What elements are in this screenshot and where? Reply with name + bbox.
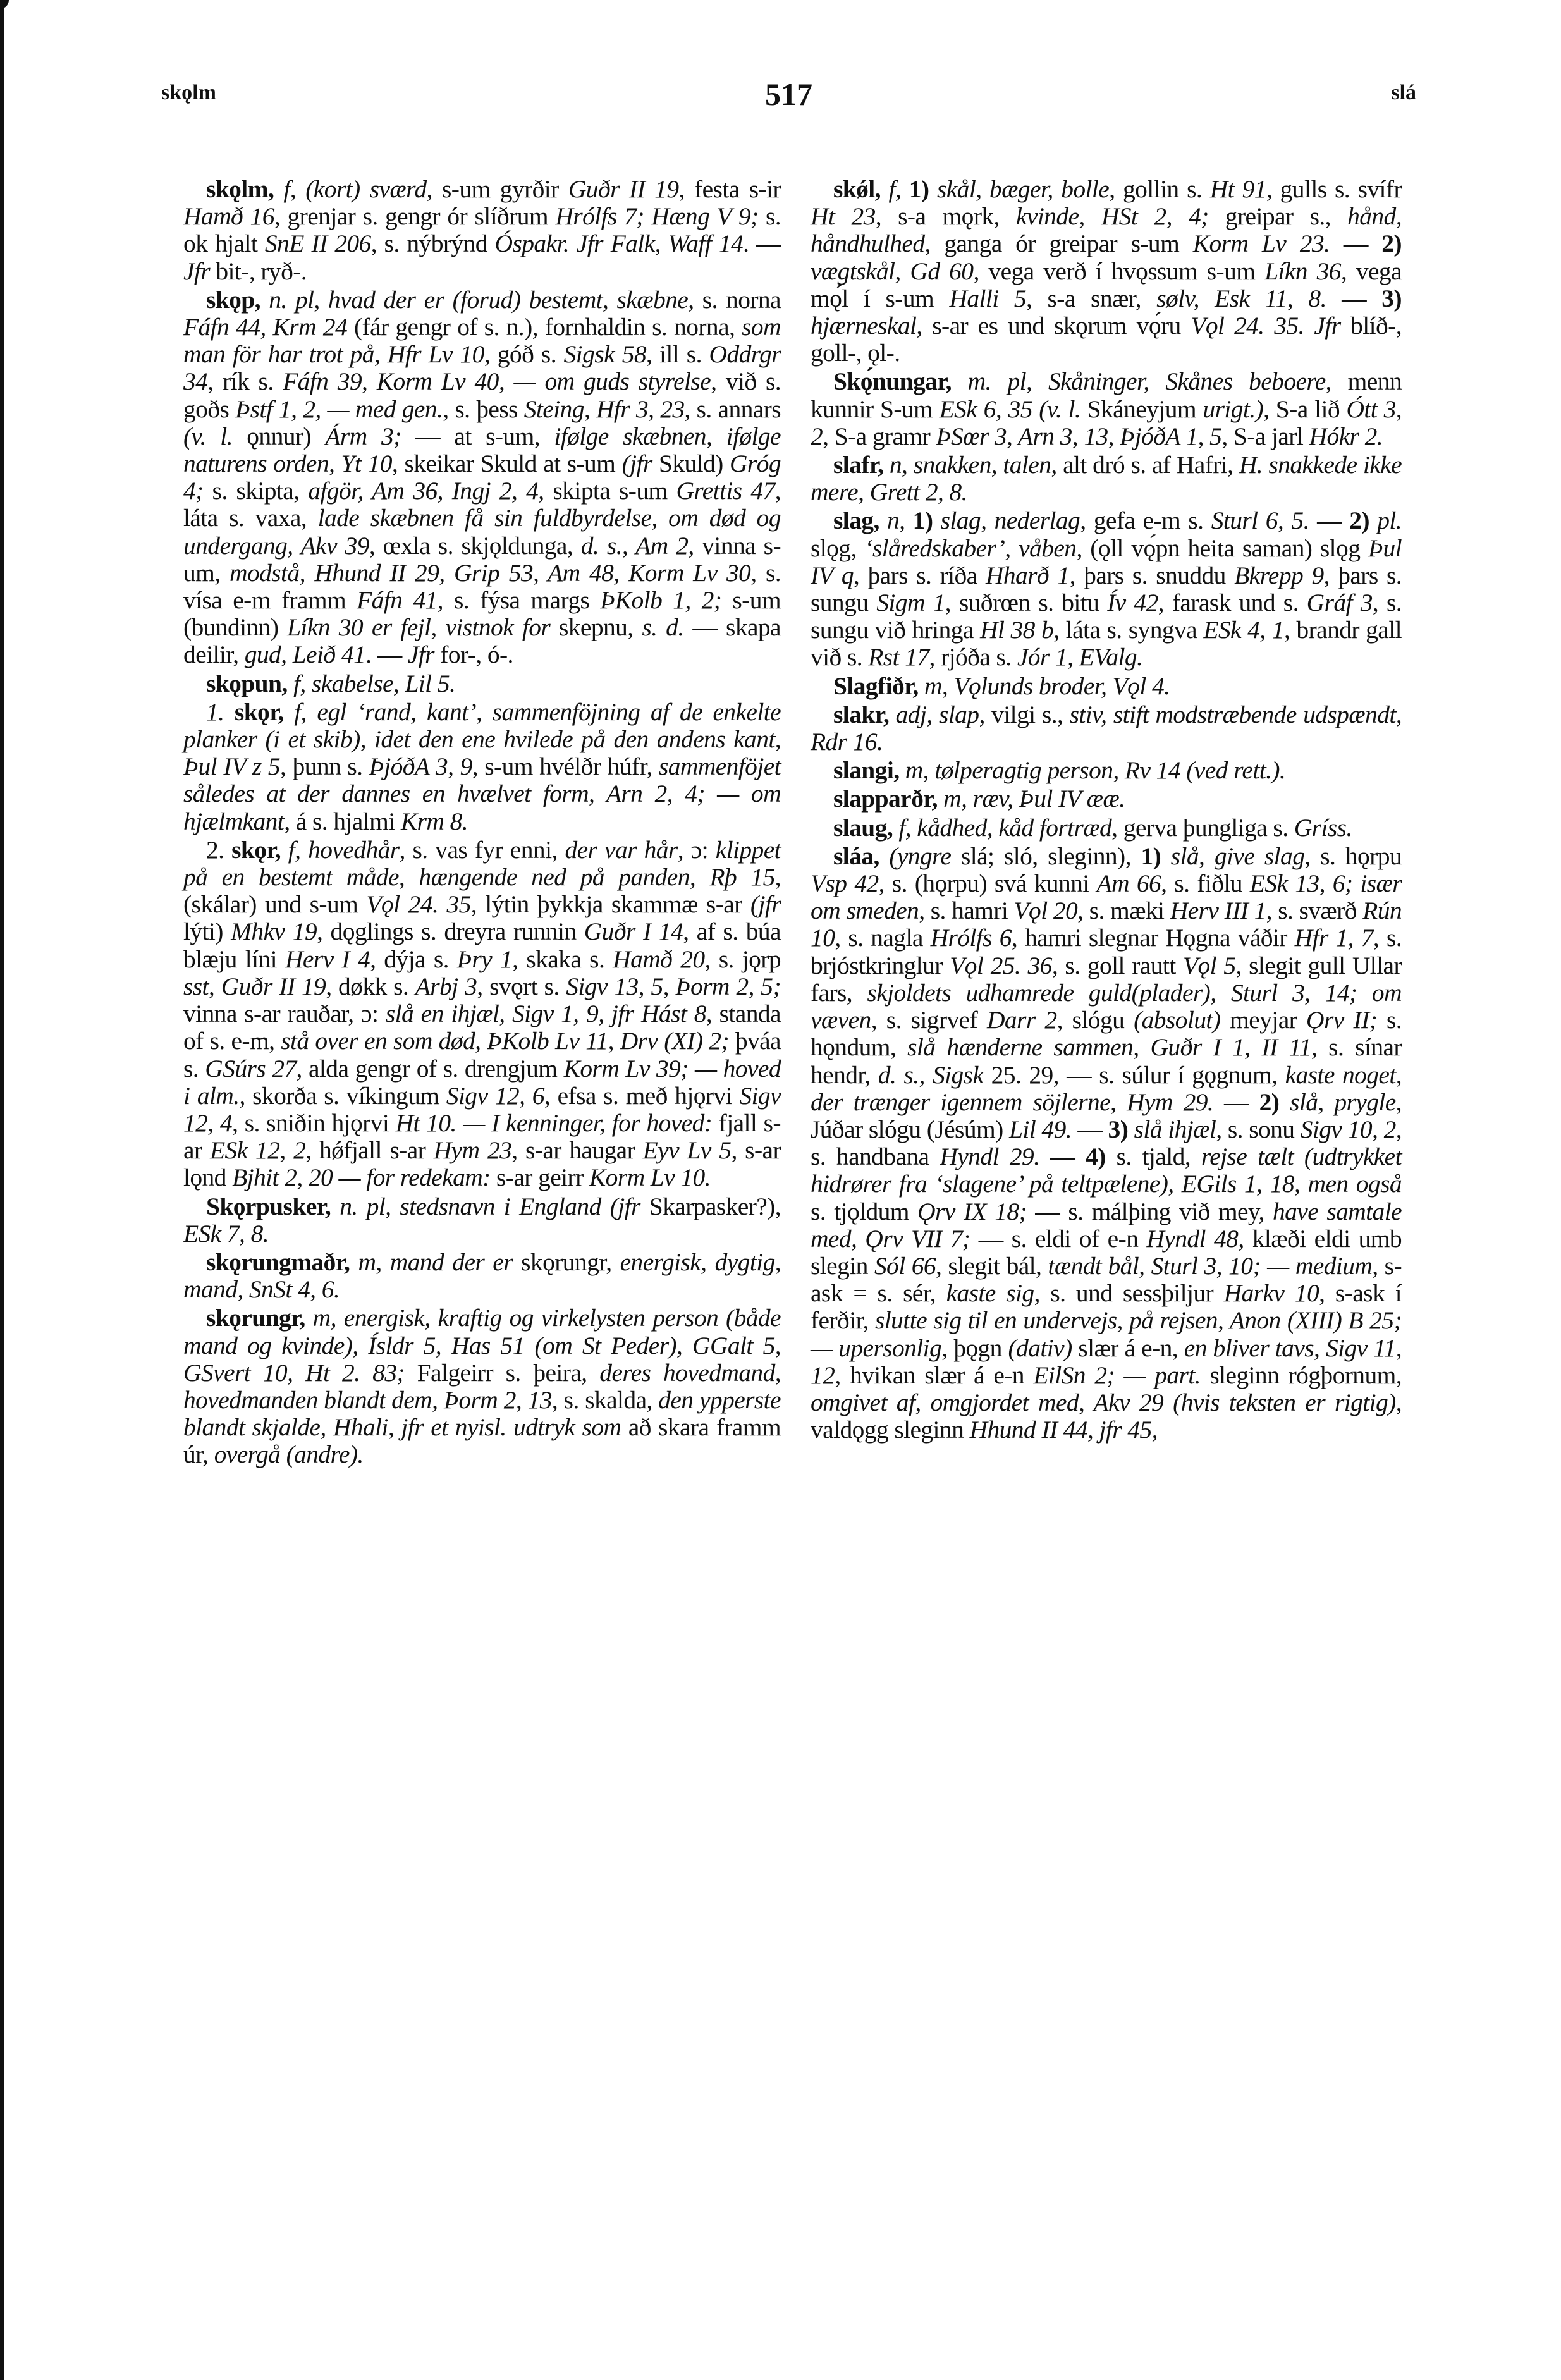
entry-headword: Skǫrpusker,	[206, 1193, 331, 1220]
entry-text: , þars s. snuddu	[1070, 561, 1235, 589]
entry-italic-text: f, (kort) sværd	[283, 175, 426, 203]
entry-text: (fár gengr of s. n.), fornhaldin s. norn…	[347, 313, 742, 341]
dictionary-entry: skǫrungmaðr, m, mand der er skǫrungr, en…	[183, 1249, 781, 1303]
entry-italic-text: EilSn 2; — part.	[1033, 1361, 1201, 1389]
entry-text: , s. fýsa margs	[438, 586, 601, 614]
entry-italic-text: m, mand der er	[358, 1248, 513, 1276]
entry-italic-text: Sigv 10, 2	[1301, 1115, 1396, 1143]
entry-text: , alda gengr of s. drengjum	[297, 1055, 564, 1083]
entry-italic-text: Þstf 1, 2, — med gen.	[235, 395, 443, 423]
dictionary-entry: 1. skǫr, f, egl ‘rand, kant’, sammenföjn…	[183, 699, 781, 835]
entry-text: , s. mæki	[1077, 897, 1170, 924]
entry-italic-text: n,	[887, 506, 905, 534]
entry-text: , s. skalda,	[552, 1386, 658, 1414]
entry-text: —	[1039, 1143, 1086, 1170]
entry-text: vinna s-ar rauðar, ɔ:	[183, 1000, 386, 1027]
entry-text: ǫnnur)	[233, 422, 326, 450]
entry-text	[281, 836, 288, 864]
entry-text	[1279, 1088, 1290, 1116]
entry-italic-text: Hharð 1	[986, 561, 1070, 589]
entry-headword: Skǫ́nungar,	[833, 367, 952, 395]
entry-italic-text: n, snakken, talen	[890, 451, 1051, 479]
entry-headword: skǿl,	[833, 175, 881, 203]
entry-text: , S-a jarl	[1221, 422, 1309, 450]
entry-text: . —	[743, 230, 781, 257]
entry-italic-text: ÞjóðA 3, 9	[369, 752, 472, 780]
entry-headword: 1)	[909, 175, 929, 203]
entry-text	[1161, 842, 1171, 870]
dictionary-entry: Slagfiðr, m, Vǫlunds broder, Vǫl 4.	[811, 673, 1402, 700]
entry-text	[288, 670, 293, 697]
entry-text: , láta s. syngva	[1053, 616, 1203, 644]
entry-text: , s. sværð	[1266, 897, 1363, 924]
entry-italic-text: slå, prygle	[1290, 1088, 1396, 1116]
entry-italic-text: (dativ)	[1008, 1334, 1072, 1362]
entry-headword: 2)	[1349, 506, 1369, 534]
entry-text: Skuld)	[652, 450, 730, 477]
entry-italic-text: Jfr	[183, 257, 210, 285]
entry-italic-text: m, tølperagtig person, Rv 14 (ved rett.)…	[905, 756, 1285, 784]
entry-text: , dýja s.	[370, 945, 457, 973]
entry-italic-text: (v. l.	[183, 422, 233, 450]
entry-italic-text: Sigv 12, 6	[446, 1082, 544, 1110]
entry-italic-text: Ǫrv IX 18;	[917, 1198, 1027, 1225]
entry-italic-text: Darr 2	[987, 1006, 1057, 1034]
entry-italic-text: SnE II 206	[265, 230, 371, 257]
entry-text: , s-ar es und skǫrum vǫ́ru	[916, 312, 1191, 340]
entry-italic-text: Fáfn 44, Krm 24	[183, 313, 347, 341]
entry-text	[901, 175, 909, 203]
entry-text	[889, 701, 895, 728]
entry-italic-text: n. pl, hvad der er (forud) bestemt, skæb…	[269, 286, 688, 314]
entry-text: lýti)	[183, 917, 231, 945]
entry-italic-text: f, hovedhår	[288, 836, 400, 864]
entry-italic-text: Óspakr. Jfr Falk, Waff 14	[495, 230, 744, 257]
entry-italic-text: Hókr 2.	[1309, 422, 1383, 450]
entry-italic-text: Sigv 13, 5, Þorm 2, 5;	[566, 972, 781, 1000]
entry-text: —	[1309, 506, 1349, 534]
entry-italic-text: Lil 49.	[1009, 1115, 1072, 1143]
entry-text	[952, 367, 968, 395]
entry-text	[274, 175, 283, 203]
entry-text: , s-um hvélðr húfr,	[472, 752, 659, 780]
entry-text: , rík s.	[207, 367, 283, 395]
entry-italic-text: d. s., Am 2	[581, 532, 689, 560]
entry-text: s. tjǫldum	[811, 1198, 917, 1225]
entry-text: for-, ó-.	[434, 641, 513, 668]
entry-italic-text: f, skabelse, Lil 5.	[293, 670, 455, 697]
entry-italic-text: Fáfn 41	[357, 586, 438, 614]
entry-italic-text: ÞKolb 1, 2;	[600, 586, 721, 614]
entry-italic-text: skål, bæger, bolle	[937, 175, 1109, 203]
entry-headword: slakr,	[833, 701, 889, 728]
entry-headword: 2)	[1381, 230, 1402, 257]
entry-text: , svǫrt s.	[477, 972, 566, 1000]
entry-text: , s. (hǫrpu) svá kunni	[879, 869, 1097, 897]
entry-text	[1369, 506, 1377, 534]
entry-text: , grenjar s. gengr ór slíðrum	[274, 202, 556, 230]
entry-italic-text: 1.	[206, 698, 224, 726]
entry-headword: slangi,	[833, 756, 899, 784]
entry-italic-text: kvinde, HSt 2, 4;	[1016, 202, 1209, 230]
entry-text	[893, 814, 898, 842]
entry-italic-text: afgör, Am 36, Ingj 2, 4	[308, 477, 538, 505]
entry-italic-text: m. pl, Skåninger, Skånes beboere	[968, 367, 1326, 395]
entry-text	[1128, 1115, 1134, 1143]
entry-text: —	[1326, 285, 1381, 312]
entry-italic-text: Eyv Lv 5	[643, 1136, 732, 1164]
entry-text: Skáneyjum	[1080, 395, 1203, 423]
entry-italic-text: s. d.	[642, 613, 683, 641]
dictionary-entry: skǫp, n. pl, hvad der er (forud) bestemt…	[183, 286, 781, 669]
entry-italic-text: Líkn 30 er fejl, vistnok for	[287, 613, 550, 641]
scan-corner	[0, 0, 9, 9]
entry-italic-text: ESk 12, 2	[210, 1136, 305, 1164]
entry-italic-text: Steing, Hfr 3, 23	[524, 395, 685, 423]
entry-headword: skǫrungmaðr,	[206, 1248, 350, 1276]
entry-text: — at s-um,	[401, 422, 554, 450]
entry-italic-text: sst, Guðr II 19	[183, 972, 326, 1000]
entry-italic-text: pl.	[1377, 506, 1402, 534]
entry-italic-text: gud, Leið 41	[245, 641, 365, 668]
entry-italic-text: slå hænderne sammen, Guðr I 1, II 11	[907, 1033, 1311, 1061]
dictionary-entry: sláa, (yngre slá; sló, sleginn), 1) slå,…	[811, 843, 1402, 1444]
entry-text: —	[1330, 230, 1381, 257]
entry-text: , s. jǫrp	[705, 945, 781, 973]
entry-italic-text: Korm Lv 10.	[589, 1163, 711, 1191]
entry-italic-text: Jfr	[408, 641, 434, 668]
entry-italic-text: (jfr	[622, 450, 652, 477]
dictionary-entry: skǿl, f, 1) skål, bæger, bolle, gollin s…	[811, 176, 1402, 367]
entry-text: , slógu	[1057, 1006, 1134, 1034]
entry-text: s. skipta,	[204, 477, 309, 505]
entry-text: , dǫglings s. dreyra runnin	[317, 917, 584, 945]
entry-italic-text: hjærneskal	[811, 312, 916, 340]
entry-italic-text: Hfr 1, 7	[1295, 924, 1373, 952]
entry-text: Skarpasker?),	[640, 1193, 781, 1220]
entry-headword: 3)	[1381, 285, 1402, 312]
entry-italic-text: overgå (andre).	[214, 1440, 364, 1468]
entry-text: — s. eldi of e-n	[970, 1225, 1147, 1253]
dictionary-entry: skǫrungr, m, energisk, kraftig og virkel…	[183, 1304, 781, 1468]
entry-text	[883, 451, 889, 479]
entry-text	[331, 1193, 340, 1220]
entry-italic-text: Árm 3;	[325, 422, 401, 450]
entry-italic-text: ‘slåredskaber’, våben	[864, 534, 1076, 562]
entry-text	[899, 756, 905, 784]
entry-text	[879, 506, 887, 534]
entry-text: , s. norna	[688, 286, 781, 314]
entry-italic-text: Harkv 10	[1224, 1279, 1319, 1307]
entry-italic-text: stå over en som død, ÞKolb Lv 11, Drv (X…	[281, 1027, 729, 1055]
entry-text: bit-, ryð-.	[210, 257, 307, 285]
entry-headword: skǫrungr,	[206, 1304, 305, 1332]
entry-italic-text: Hyndl 29.	[940, 1143, 1039, 1170]
entry-italic-text: d. s., Sigsk	[878, 1061, 984, 1089]
entry-italic-text: Ht 23	[811, 202, 876, 230]
entry-italic-text: Halli 5	[949, 285, 1026, 312]
entry-italic-text: Hrólfs 6	[931, 924, 1012, 952]
entry-text	[284, 698, 294, 726]
entry-text	[905, 506, 912, 534]
entry-italic-text: Guðr I 14	[584, 917, 683, 945]
entry-text: , vilgi s.,	[979, 701, 1069, 728]
entry-italic-text: slå, give slag	[1171, 842, 1305, 870]
entry-text: s-ar geirr	[491, 1163, 589, 1191]
entry-headword: skǫp,	[206, 286, 260, 314]
entry-italic-text: Hym 23	[434, 1136, 512, 1164]
entry-headword: slafr,	[833, 451, 883, 479]
entry-text: , s. sonu	[1216, 1115, 1301, 1143]
entry-italic-text: Hamð 20	[613, 945, 704, 973]
entry-text: slá; sló, sleginn),	[951, 842, 1141, 870]
entry-text: 25. 29, — s. súlur í gǫgnum,	[983, 1061, 1285, 1089]
entry-text: slær á e-n,	[1072, 1334, 1184, 1362]
dictionary-entry: slag, n, 1) slag, nederlag, gefa e-m s. …	[811, 507, 1402, 671]
entry-text: , døkk s.	[326, 972, 415, 1000]
entry-text: meyjar	[1220, 1006, 1306, 1034]
entry-italic-text: Ív 42	[1107, 589, 1158, 616]
entry-italic-text: kaste sig	[946, 1279, 1034, 1307]
entry-text	[929, 175, 937, 203]
entry-headword: 1)	[1141, 842, 1161, 870]
entry-italic-text: Líkn 36	[1264, 257, 1341, 285]
entry-italic-text: Sigsk 58	[564, 340, 646, 368]
dictionary-entry: slafr, n, snakken, talen, alt dró s. af …	[811, 451, 1402, 506]
entry-text: , (ǫll vǫ́pn heita saman) slǫg	[1076, 534, 1368, 562]
entry-text: , s. sigrvef	[871, 1006, 987, 1034]
entry-headword: slag,	[833, 506, 879, 534]
entry-italic-text: vægtskål, Gd 60	[811, 257, 973, 285]
dictionary-entry: Skǫ́nungar, m. pl, Skåninger, Skånes beb…	[811, 368, 1402, 450]
entry-text: , skorða s. víkingum	[240, 1082, 446, 1110]
entry-text: , s-a mǫrk,	[876, 202, 1016, 230]
entry-italic-text: ESk 7, 8.	[183, 1220, 269, 1248]
entry-italic-text: ÞSœr 3, Arn 3, 13, ÞjóðA 1, 5	[936, 422, 1221, 450]
dictionary-entry: skǫlm, f, (kort) sværd, s-um gyrðir Guðr…	[183, 176, 781, 285]
entry-text: , gerva þungliga s.	[1111, 814, 1294, 842]
entry-italic-text: Korm Lv 23.	[1193, 230, 1330, 257]
entry-text: Falgeirr s. þeira,	[405, 1359, 599, 1387]
entry-text: , ganga ór greipar s-um	[925, 230, 1193, 257]
entry-italic-text: Ht 91	[1210, 175, 1266, 203]
entry-italic-text: Guðr II 19	[568, 175, 679, 203]
entry-text: , gollin s.	[1109, 175, 1210, 203]
entry-headword: skǫpun,	[206, 670, 288, 697]
dictionary-entry: 2. skǫr, f, hovedhår, s. vas fyr enni, d…	[183, 837, 781, 1192]
dictionary-entry: slapparðr, m, ræv, Þul IV ææ.	[811, 785, 1402, 813]
entry-italic-text: Hamð 16	[183, 202, 274, 230]
entry-text: , ɔ:	[678, 836, 716, 864]
entry-italic-text: Vǫl 24. 35. Jfr	[1191, 312, 1340, 340]
entry-text: —	[1072, 1115, 1108, 1143]
entry-italic-text: m, ræv, Þul IV ææ.	[943, 785, 1125, 813]
entry-text: sleginn rógþornum,	[1201, 1361, 1402, 1389]
entry-text: , s. und sessþiljur	[1034, 1279, 1224, 1307]
entry-text: slǫg,	[811, 534, 864, 562]
entry-text: , s. hǫrpu	[1304, 842, 1402, 870]
entry-italic-text: Herv I 4	[285, 945, 370, 973]
entry-text: , s. nagla	[835, 924, 930, 952]
entry-text: , suðrœn s. bitu	[945, 589, 1107, 616]
entry-italic-text: Vǫl 25. 36	[950, 952, 1052, 979]
entry-italic-text: (yngre	[889, 842, 951, 870]
entry-text: , s. þess	[443, 395, 524, 423]
entry-text: , vega verð í hvǫssum s-um	[973, 257, 1264, 285]
entry-text: , s. goll rautt	[1052, 952, 1183, 979]
entry-text	[260, 286, 269, 314]
entry-text: , s. vas fyr enni,	[400, 836, 565, 864]
entry-text	[305, 1304, 313, 1332]
scan-edge	[0, 0, 4, 2380]
entry-italic-text: Gráf 3	[1307, 589, 1373, 616]
entry-italic-text: ESk 6, 35 (v. l.	[940, 395, 1081, 423]
entry-italic-text: Bkrepp 9	[1234, 561, 1323, 589]
entry-headword: 2)	[1259, 1088, 1280, 1116]
entry-text: , rjóða s.	[929, 643, 1017, 671]
entry-text: , hvikan slær á e-n	[835, 1361, 1033, 1389]
entry-text: , gefa e-m s.	[1080, 506, 1211, 534]
entry-text: skǫrungr,	[513, 1248, 620, 1276]
entry-italic-text: tændt bål, Sturl 3, 10; — medium	[1048, 1252, 1373, 1280]
entry-text: , á s. hjalmi	[284, 807, 401, 835]
entry-italic-text: ESk 4, 1	[1203, 616, 1284, 644]
entry-italic-text: Bjhit 2, 20 — for redekam:	[232, 1163, 491, 1191]
entry-italic-text: Ǫrv II;	[1306, 1006, 1377, 1034]
running-head-last-word: slá	[1391, 81, 1416, 105]
entry-italic-text: Gríss.	[1294, 814, 1352, 842]
entry-italic-text: adj, slap	[896, 701, 979, 728]
entry-italic-text: Sól 66	[874, 1252, 936, 1280]
entry-text: , s-um gyrðir	[427, 175, 568, 203]
dictionary-entry: slangi, m, tølperagtig person, Rv 14 (ve…	[811, 757, 1402, 784]
entry-text: , s. nýbrýnd	[371, 230, 495, 257]
entry-italic-text: Mhkv 19	[231, 917, 317, 945]
entry-text	[919, 672, 924, 700]
entry-italic-text: f, kådhed, kåd fortræd	[898, 814, 1111, 842]
entry-italic-text: slag, nederlag	[941, 506, 1080, 534]
entry-text: , s-ar haugar	[511, 1136, 642, 1164]
entry-italic-text: GSúrs 27	[205, 1055, 296, 1083]
entry-italic-text: slå en ihjæl, Sigv 1, 9, jfr Hást 8	[386, 1000, 706, 1027]
entry-text: skepnu,	[550, 613, 642, 641]
dictionary-entry: slakr, adj, slap, vilgi s., stiv, stift …	[811, 701, 1402, 756]
entry-text: , s. sniðin hjǫrvi	[232, 1109, 396, 1137]
entry-italic-text: Jór 1, EValg.	[1017, 643, 1142, 671]
entry-italic-text: n. pl, stedsnavn i England (jfr	[340, 1193, 640, 1220]
entry-italic-text: Vǫl 20	[1014, 897, 1078, 924]
entry-text: , skipta s-um	[538, 477, 676, 505]
entry-text: , s. fiðlu	[1161, 869, 1250, 897]
entry-italic-text: Krm 8.	[401, 807, 468, 835]
entry-italic-text: (jfr	[750, 890, 781, 918]
page-number: 517	[161, 76, 1416, 113]
entry-italic-text: Grettis 47	[676, 477, 774, 505]
entry-italic-text: omgivet af, omgjordet med, Akv 29 (hvis …	[811, 1389, 1396, 1416]
entry-text: , þars s. ríða	[854, 561, 986, 589]
entry-text: , ill s.	[646, 340, 709, 368]
entry-text	[224, 698, 234, 726]
entry-italic-text: Hl 38 b	[980, 616, 1053, 644]
dictionary-entry: slaug, f, kådhed, kåd fortræd, gerva þun…	[811, 814, 1402, 842]
entry-italic-text: (absolut)	[1134, 1006, 1220, 1034]
entry-text: , hǿfjall s-ar	[305, 1136, 433, 1164]
entry-text: , s. annars	[685, 395, 781, 423]
entry-text: , alt dró s. af Hafri,	[1051, 451, 1239, 479]
entry-text	[350, 1248, 358, 1276]
entry-text: — s. málþing við mey,	[1027, 1198, 1273, 1225]
entry-headword: 1)	[913, 506, 933, 534]
entry-headword: skǫlm,	[206, 175, 274, 203]
entry-text	[879, 842, 890, 870]
entry-text: , hamri slegnar Hǫgna váðir	[1012, 924, 1295, 952]
entry-italic-text: Hyndl 48	[1146, 1225, 1238, 1253]
entry-italic-text: Ht 10. — I kenninger, for hoved:	[396, 1109, 713, 1137]
entry-italic-text: Herv III 1	[1170, 897, 1266, 924]
entry-italic-text: Hhund II 44, jfr 45,	[970, 1416, 1158, 1444]
entry-italic-text: f,	[889, 175, 902, 203]
entry-text: , gulls s. svífr	[1266, 175, 1402, 203]
entry-italic-text: Rst 17	[868, 643, 929, 671]
entry-headword: sláa,	[833, 842, 879, 870]
entry-headword: slapparðr,	[833, 785, 938, 813]
entry-italic-text: Am 66	[1097, 869, 1161, 897]
entry-text: , S-a gramr	[823, 422, 936, 450]
entry-italic-text: urigt.)	[1203, 395, 1263, 423]
entry-text: , slegit bál,	[936, 1252, 1048, 1280]
entry-text: , góð s.	[484, 340, 564, 368]
entry-text: , þǫgn	[941, 1334, 1008, 1362]
left-column: skǫlm, f, (kort) sværd, s-um gyrðir Guðr…	[183, 176, 781, 1470]
entry-italic-text: Fáfn 39, Korm Lv 40, — om guds styrelse	[283, 367, 711, 395]
entry-italic-text: Arbj 3	[415, 972, 477, 1000]
entry-italic-text: Sigm 1	[876, 589, 945, 616]
entry-italic-text: Þry 1	[457, 945, 512, 973]
entry-italic-text: m, Vǫlunds broder, Vǫl 4.	[924, 672, 1170, 700]
dictionary-entry: skǫpun, f, skabelse, Lil 5.	[183, 670, 781, 697]
entry-italic-text: Vǫl 5	[1183, 952, 1236, 979]
entry-text	[933, 506, 940, 534]
entry-italic-text: sølv, Esk 11, 8.	[1156, 285, 1326, 312]
entry-text: , festa s-ir	[679, 175, 781, 203]
entry-text: , s. hamri	[919, 897, 1013, 924]
entry-italic-text: der var hår	[565, 836, 677, 864]
entry-text: , efsa s. með hjǫrvi	[544, 1082, 739, 1110]
entry-italic-text: modstå, Hhund II 29, Grip 53, Am 48, Kor…	[230, 559, 750, 587]
entry-text: , farask und s.	[1158, 589, 1307, 616]
entry-text: s. tjald,	[1106, 1143, 1201, 1170]
entry-text: , s-a snær,	[1026, 285, 1156, 312]
entry-text: . —	[365, 641, 408, 668]
running-head: skǫlm 517 slá	[161, 76, 1416, 120]
entry-text: greipar s.,	[1209, 202, 1347, 230]
entry-italic-text: slå ihjæl	[1134, 1115, 1216, 1143]
entry-headword: skǫr,	[231, 836, 281, 864]
entry-headword: skǫr,	[235, 698, 284, 726]
entry-headword: slaug,	[833, 814, 893, 842]
entry-italic-text: Vsp 42	[811, 869, 879, 897]
entry-text	[881, 175, 889, 203]
entry-italic-text: Hrólfs 7; Hæng V 9;	[555, 202, 758, 230]
entry-text: , S-a lið	[1263, 395, 1346, 423]
entry-text	[938, 785, 943, 813]
entry-text: , œxla s. skjǫldunga,	[369, 532, 581, 560]
entry-text: , þunn s.	[280, 752, 369, 780]
entry-italic-text: Sturl 6, 5.	[1211, 506, 1309, 534]
entry-text: , skaka s.	[512, 945, 613, 973]
entry-text: , skeikar Skuld at s-um	[392, 450, 622, 477]
right-column: skǿl, f, 1) skål, bæger, bolle, gollin s…	[811, 176, 1402, 1445]
